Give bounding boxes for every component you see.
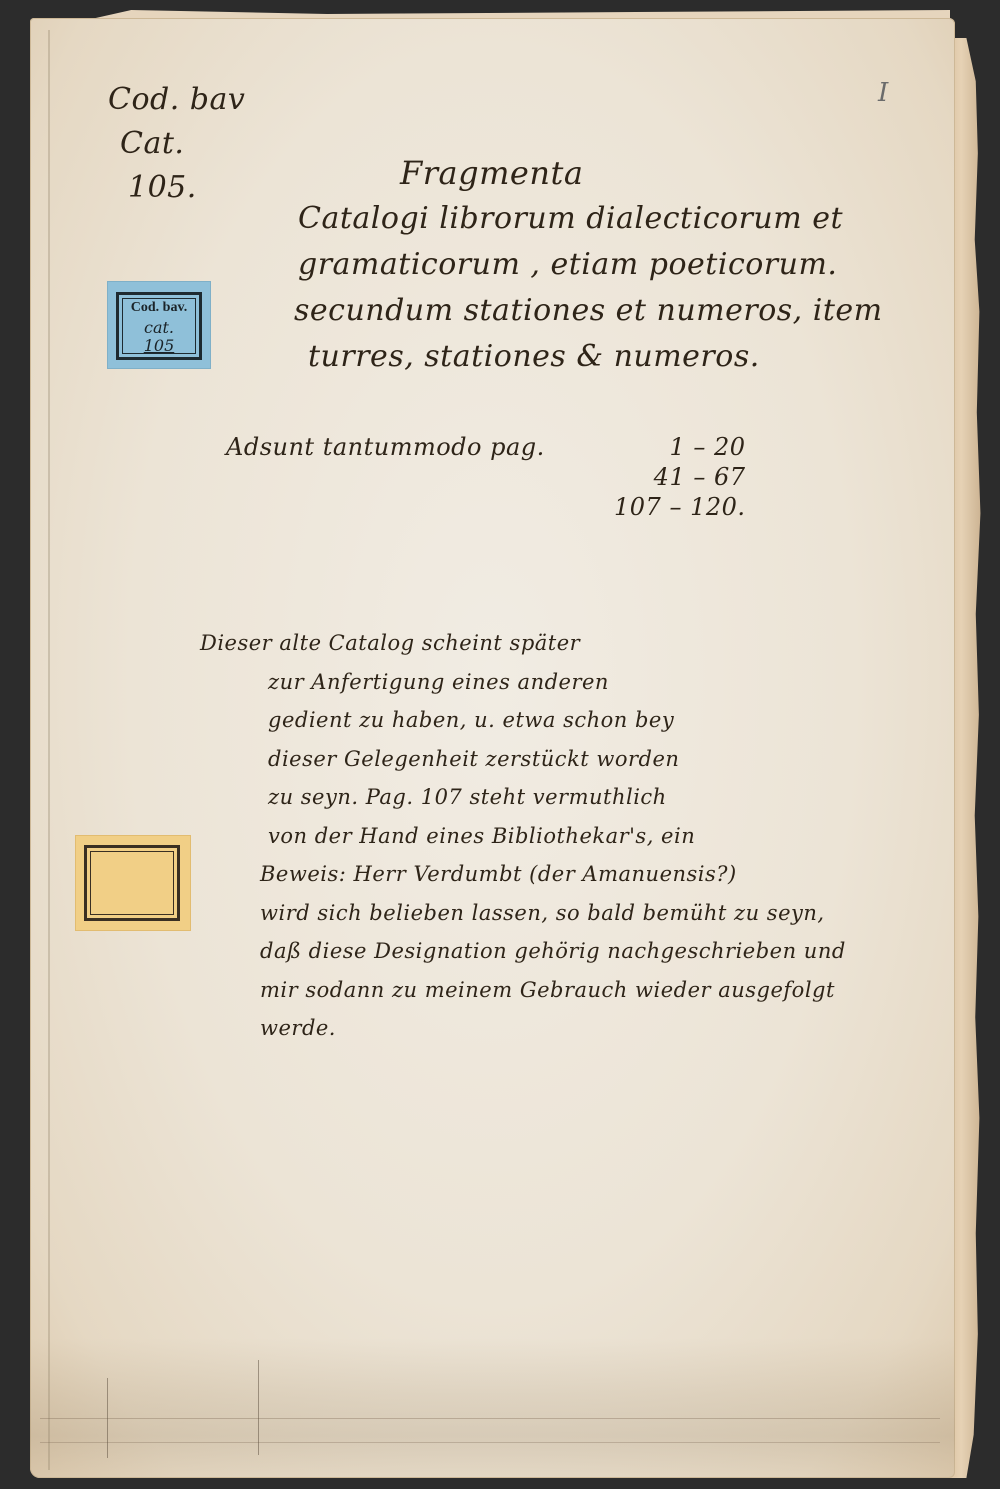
note-line: mir sodann zu meinem Gebrauch wieder aus… bbox=[200, 971, 846, 1010]
blank-label-yellow bbox=[76, 836, 190, 930]
shelfmark-line: 105. bbox=[108, 166, 245, 210]
shelfmark-line: Cod. bav bbox=[108, 78, 245, 122]
fold-line-left bbox=[48, 30, 50, 1470]
shelfmark-line: Cat. bbox=[108, 122, 245, 166]
page-range: 107 – 120. bbox=[614, 492, 746, 522]
title-line: secundum stationes et numeros, item bbox=[290, 288, 883, 334]
title-line: Catalogi librorum dialecticorum et bbox=[290, 196, 883, 242]
crease-mark bbox=[107, 1378, 108, 1458]
adsunt-text: Adsunt tantummodo pag. bbox=[226, 433, 545, 461]
note-line: Dieser alte Catalog scheint später bbox=[200, 624, 846, 663]
label-handwritten-number: 105 bbox=[108, 336, 210, 355]
crease-mark bbox=[258, 1360, 259, 1455]
shelfmark-handwritten: Cod. bav Cat. 105. bbox=[108, 78, 245, 210]
note-line: wird sich belieben lassen, so bald bemüh… bbox=[200, 894, 846, 933]
note-line: gedient zu haben, u. etwa schon bey bbox=[200, 701, 846, 740]
note-line: von der Hand eines Bibliothekar's, ein bbox=[200, 817, 846, 856]
page-ranges-note: Adsunt tantummodo pag. 1 – 20 41 – 67 10… bbox=[226, 432, 545, 462]
label-printed-text: Cod. bav. bbox=[108, 300, 210, 316]
note-line: Beweis: Herr Verdumbt (der Amanuensis?) bbox=[200, 855, 846, 894]
fold-line-bottom-lower bbox=[40, 1442, 940, 1443]
title-heading: Fragmenta bbox=[290, 150, 883, 196]
note-line: dieser Gelegenheit zerstückt worden bbox=[200, 740, 846, 779]
note-line: werde. bbox=[200, 1009, 846, 1048]
note-line: zur Anfertigung eines anderen bbox=[200, 663, 846, 702]
label-handwritten-cat: cat. bbox=[108, 318, 210, 337]
title-block: Fragmenta Catalogi librorum dialecticoru… bbox=[290, 150, 883, 380]
note-line: zu seyn. Pag. 107 steht vermuthlich bbox=[200, 778, 846, 817]
fold-line-bottom bbox=[40, 1418, 940, 1419]
note-line: daß diese Designation gehörig nachgeschr… bbox=[200, 932, 846, 971]
page-range: 1 – 20 bbox=[614, 432, 746, 462]
german-note: Dieser alte Catalog scheint später zur A… bbox=[200, 624, 846, 1048]
page-range: 41 – 67 bbox=[614, 462, 746, 492]
page-ranges: 1 – 20 41 – 67 107 – 120. bbox=[614, 432, 746, 522]
foliation-mark: I bbox=[878, 78, 888, 108]
label-frame bbox=[84, 845, 180, 921]
title-line: turres, stationes & numeros. bbox=[290, 334, 883, 380]
title-line: gramaticorum , etiam poeticorum. bbox=[290, 242, 883, 288]
shelfmark-label-blue: Cod. bav. cat. 105 bbox=[108, 282, 210, 368]
